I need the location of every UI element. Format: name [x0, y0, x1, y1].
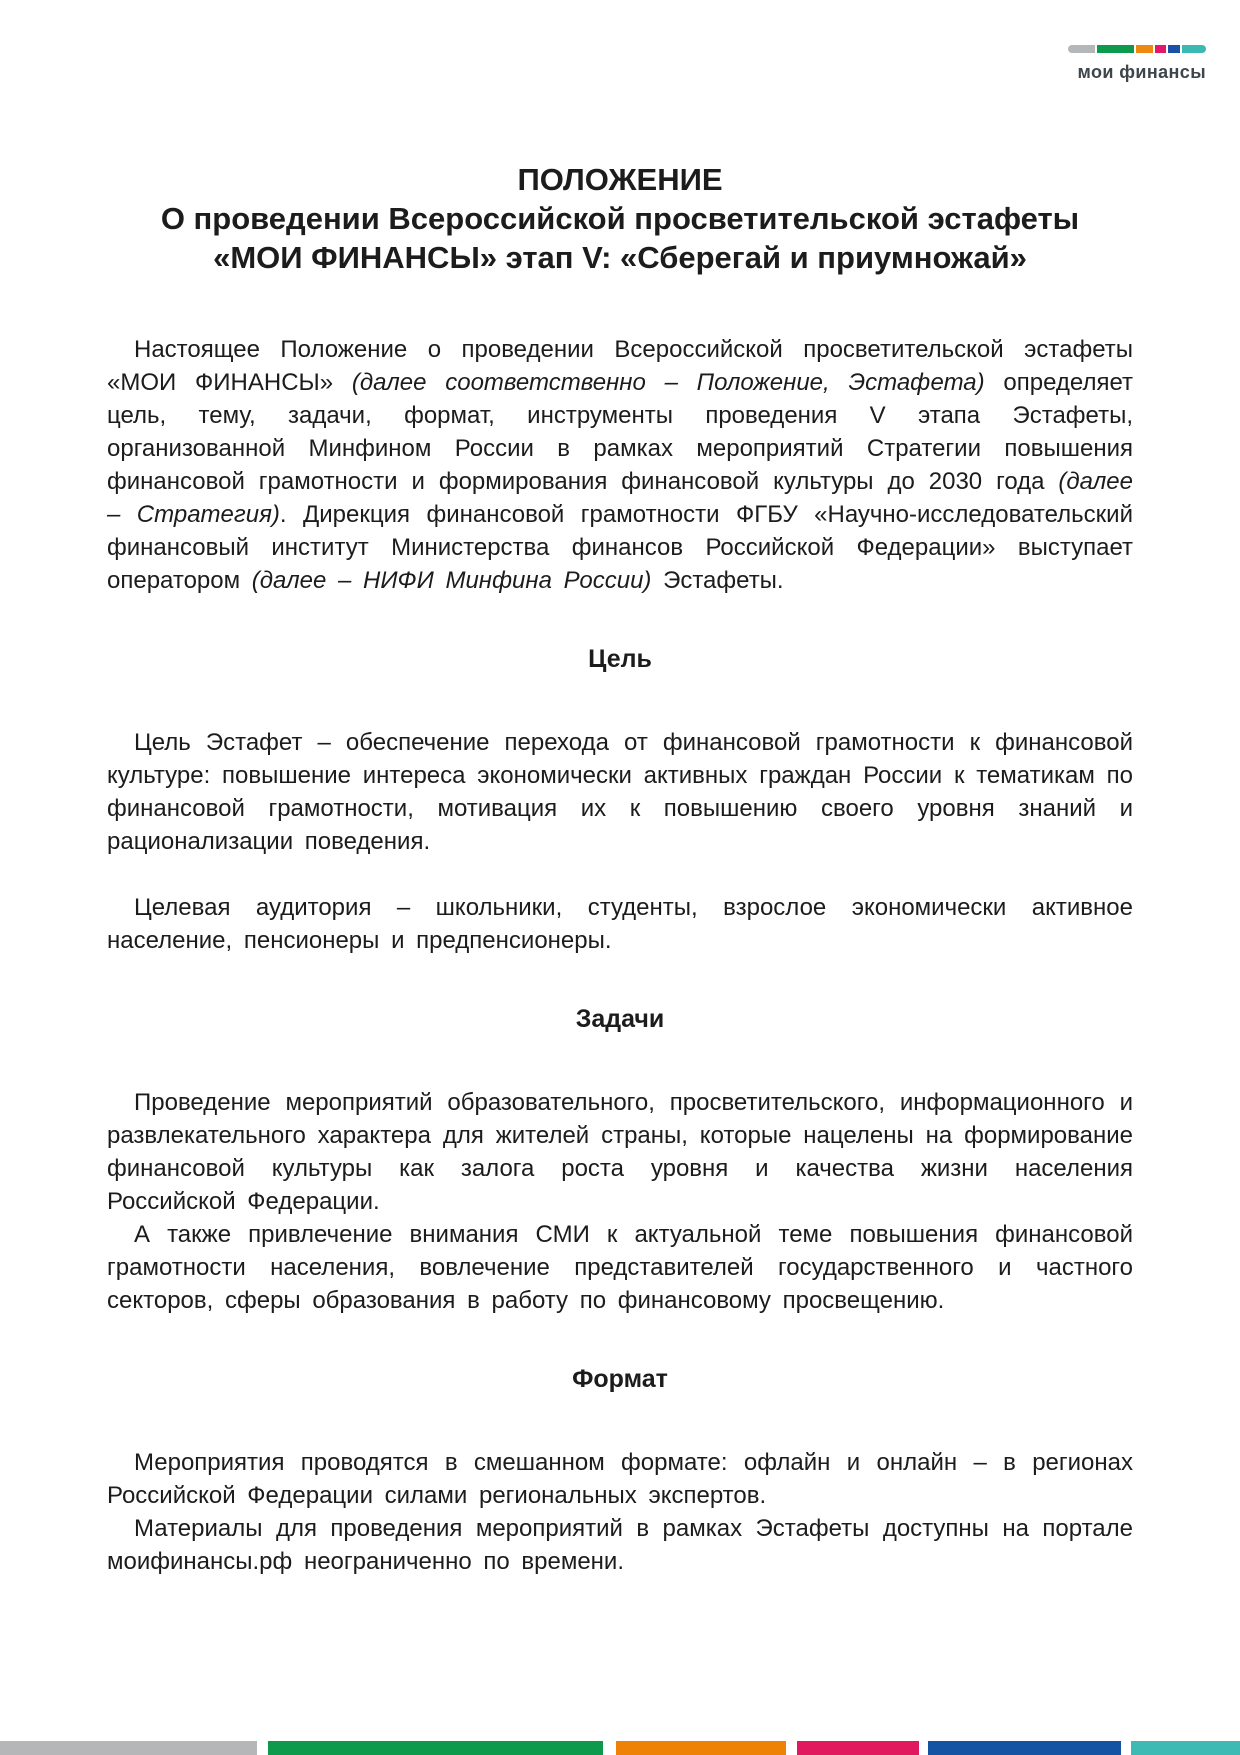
footer-stripe-segment-teal — [1131, 1741, 1240, 1755]
paragraph: Целевая аудитория – школьники, студенты,… — [107, 891, 1133, 957]
paragraph: Материалы для проведения мероприятий в р… — [107, 1512, 1133, 1578]
document-content: ПОЛОЖЕНИЕ О проведении Всероссийской про… — [0, 0, 1240, 1578]
footer-stripe-segment-blue — [928, 1741, 1121, 1755]
title-line-3: «МОИ ФИНАНСЫ» этап V: «Сберегай и приумн… — [107, 238, 1133, 277]
title-line-2: О проведении Всероссийской просветительс… — [107, 199, 1133, 238]
brand-stripe-segment-pink — [1155, 45, 1166, 53]
paragraph: А также привлечение внимания СМИ к актуа… — [107, 1218, 1133, 1317]
footer-stripe-segment-green — [268, 1741, 603, 1755]
paragraph-run: Проведение мероприятий образовательного,… — [107, 1089, 1133, 1215]
document-title: ПОЛОЖЕНИЕ О проведении Всероссийской про… — [107, 160, 1133, 277]
footer-stripe-segment-orange — [616, 1741, 786, 1755]
section-heading: Задачи — [107, 1003, 1133, 1036]
paragraph-run: Мероприятия проводятся в смешанном форма… — [107, 1449, 1133, 1509]
brand-name: мои финансы — [1068, 62, 1206, 83]
paragraph: Цель Эстафет – обеспечение перехода от ф… — [107, 726, 1133, 858]
paragraph-run: А также привлечение внимания СМИ к актуа… — [107, 1221, 1133, 1314]
paragraph-run-italic: (далее – НИФИ Минфина России) — [252, 567, 652, 594]
footer-stripe-segment-gray — [0, 1741, 257, 1755]
brand-logo: мои финансы — [1068, 45, 1206, 83]
brand-stripe-segment-gray — [1068, 45, 1095, 53]
paragraph-run: Целевая аудитория – школьники, студенты,… — [107, 894, 1133, 954]
brand-stripe-segment-teal — [1182, 45, 1206, 53]
section-heading: Формат — [107, 1363, 1133, 1396]
paragraph-run: Материалы для проведения мероприятий в р… — [107, 1515, 1133, 1575]
brand-stripe-segment-green — [1097, 45, 1134, 53]
paragraph: Проведение мероприятий образовательного,… — [107, 1086, 1133, 1218]
brand-stripe-segment-orange — [1136, 45, 1153, 53]
footer-stripe-segment-pink — [797, 1741, 919, 1755]
paragraph-run-italic: (далее соответственно – Положение, Эстаф… — [352, 369, 985, 396]
brand-stripe-icon — [1068, 45, 1206, 53]
paragraph: Настоящее Положение о проведении Всеросс… — [107, 333, 1133, 597]
paragraph-run: Эстафеты. — [651, 567, 783, 594]
brand-stripe-segment-blue — [1168, 45, 1180, 53]
paragraph: Мероприятия проводятся в смешанном форма… — [107, 1446, 1133, 1512]
document-body: Настоящее Положение о проведении Всеросс… — [107, 333, 1133, 1578]
section-heading: Цель — [107, 643, 1133, 676]
document-page: мои финансы ПОЛОЖЕНИЕ О проведении Всеро… — [0, 0, 1240, 1755]
footer-stripe — [0, 1741, 1240, 1755]
paragraph-run: Цель Эстафет – обеспечение перехода от ф… — [107, 729, 1133, 855]
title-line-1: ПОЛОЖЕНИЕ — [107, 160, 1133, 199]
